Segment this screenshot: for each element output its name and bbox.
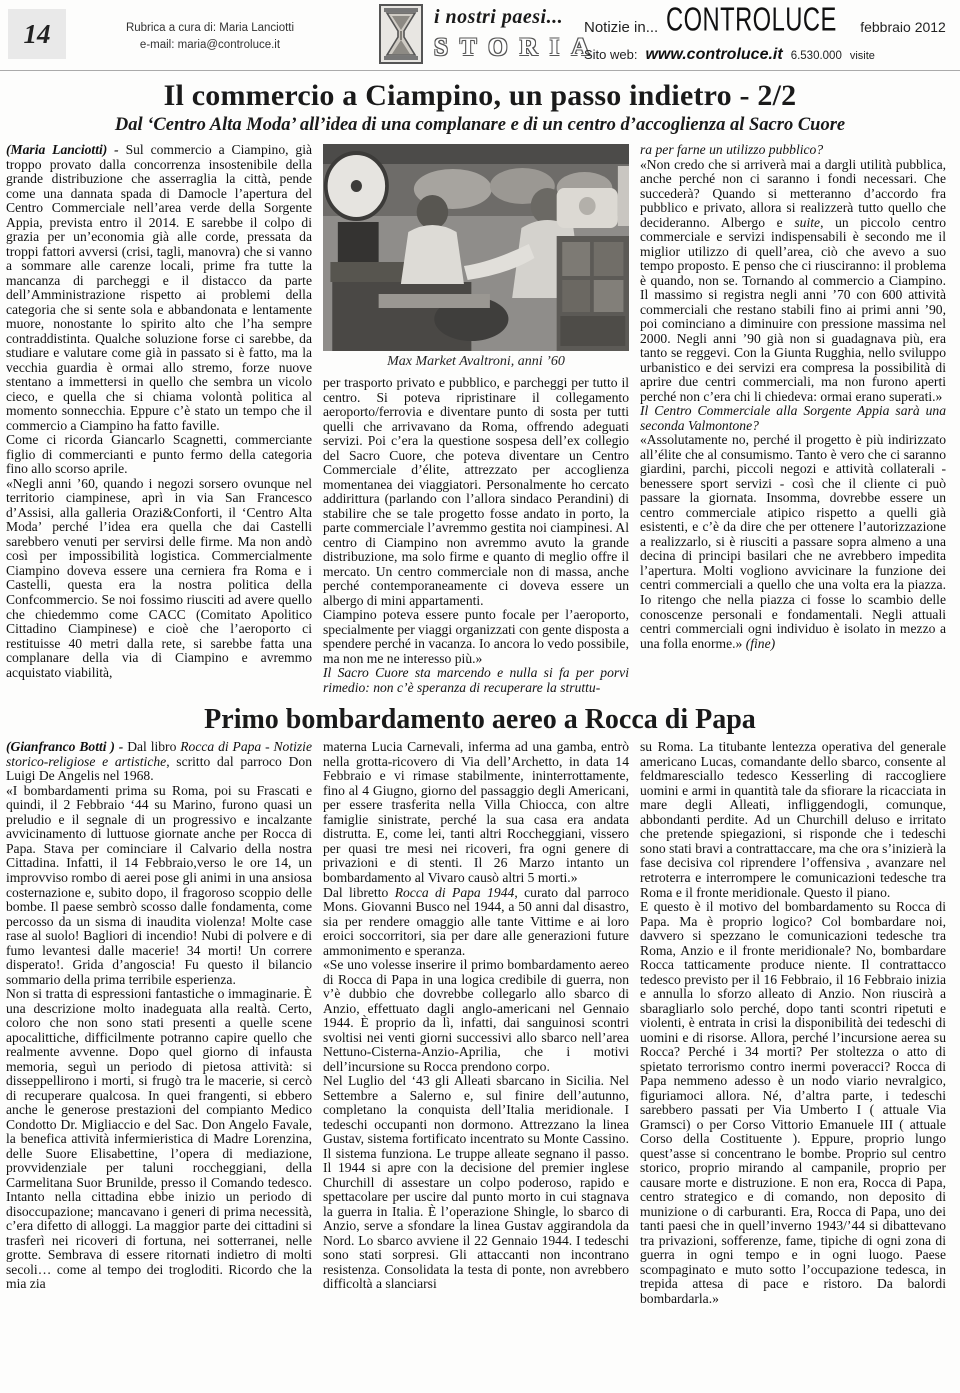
masthead-prefix: Notizie in... (584, 19, 658, 36)
hourglass-icon (378, 4, 424, 69)
page-number: 14 (8, 9, 66, 59)
text-segment: , curato dal parroco Mons. Giovanni Busc… (323, 885, 629, 1292)
article2-title: Primo bombardamento aereo a Rocca di Pap… (0, 704, 960, 736)
visits-label: visite (850, 50, 875, 62)
text-segment: Dal libro (127, 739, 180, 754)
text-segment: Rocca di Papa 1944 (395, 885, 515, 900)
text-segment: Sul commercio a Ciampino, già troppo pro… (6, 142, 312, 680)
visits-count: 6.530.000 (791, 50, 842, 62)
page-header: 14 Rubrica a cura di: Maria Lanciotti e-… (0, 0, 960, 71)
article1-column-1: (Maria Lanciotti) - Sul commercio a Ciam… (6, 143, 312, 695)
rubric-email: e-mail: maria@controluce.it (105, 37, 315, 54)
article2-column-2: materna Lucia Carnevali, inferma ad una … (323, 740, 629, 1306)
text-segment: , un piccolo centro commerciale e serviz… (640, 215, 946, 404)
article-photo (323, 144, 629, 351)
article1-column-2: Max Market Avaltroni, anni ’60 per trasp… (323, 143, 629, 695)
text-segment: (fine) (746, 636, 775, 651)
masthead-date: febbraio 2012 (860, 19, 946, 35)
text-segment: ra per farne un utilizzo pubblico? (640, 142, 823, 157)
site-url: www.controluce.it (645, 46, 782, 64)
masthead: Notizie in... CONTROLUCE febbraio 2012 S… (584, 8, 956, 64)
photo-caption: Max Market Avaltroni, anni ’60 (323, 354, 629, 370)
text-segment: su Roma. La titubante lentezza operativa… (640, 739, 946, 1306)
article2-column-1: (Gianfranco Botti ) - Dal libro Rocca di… (6, 740, 312, 1306)
text-segment: suite (794, 215, 820, 230)
rubric-block: Rubrica a cura di: Maria Lanciotti e-mai… (105, 20, 315, 53)
article1-column-2-text: per trasporto privato e pubblico, e parc… (323, 376, 629, 695)
text-segment: (Maria Lanciotti) - (6, 142, 126, 157)
article-bombardamento: Primo bombardamento aereo a Rocca di Pap… (0, 704, 960, 1306)
text-segment: (Gianfranco Botti ) - (6, 739, 127, 754)
article2-column-3: su Roma. La titubante lentezza operativa… (640, 740, 946, 1306)
text-segment: Il Centro Commerciale alla Sorgente Appi… (640, 403, 946, 433)
article-photo-image (323, 144, 629, 351)
text-segment: per trasporto privato e pubblico, e parc… (323, 375, 629, 666)
article1-column-3: ra per farne un utilizzo pubblico? «Non … (640, 143, 946, 695)
text-segment: materna Lucia Carnevali, inferma ad una … (323, 739, 629, 899)
article1-subtitle: Dal ‘Centro Alta Moda’ all’idea di una c… (0, 115, 960, 136)
rubric-line: Rubrica a cura di: Maria Lanciotti (105, 20, 315, 37)
text-segment: «Assolutamente no, perché il progetto è … (640, 432, 946, 650)
article-commercio: Il commercio a Ciampino, un passo indiet… (0, 79, 960, 695)
text-segment: , scritto dal parroco Don Luigi De Angel… (6, 754, 312, 1292)
newspaper-page: 14 Rubrica a cura di: Maria Lanciotti e-… (0, 0, 960, 1393)
masthead-name: CONTROLUCE (666, 0, 837, 39)
site-label: Sito web: (584, 47, 637, 62)
article1-title: Il commercio a Ciampino, un passo indiet… (0, 79, 960, 113)
text-segment: Il Sacro Cuore sta marcendo e nulla si f… (323, 665, 629, 695)
